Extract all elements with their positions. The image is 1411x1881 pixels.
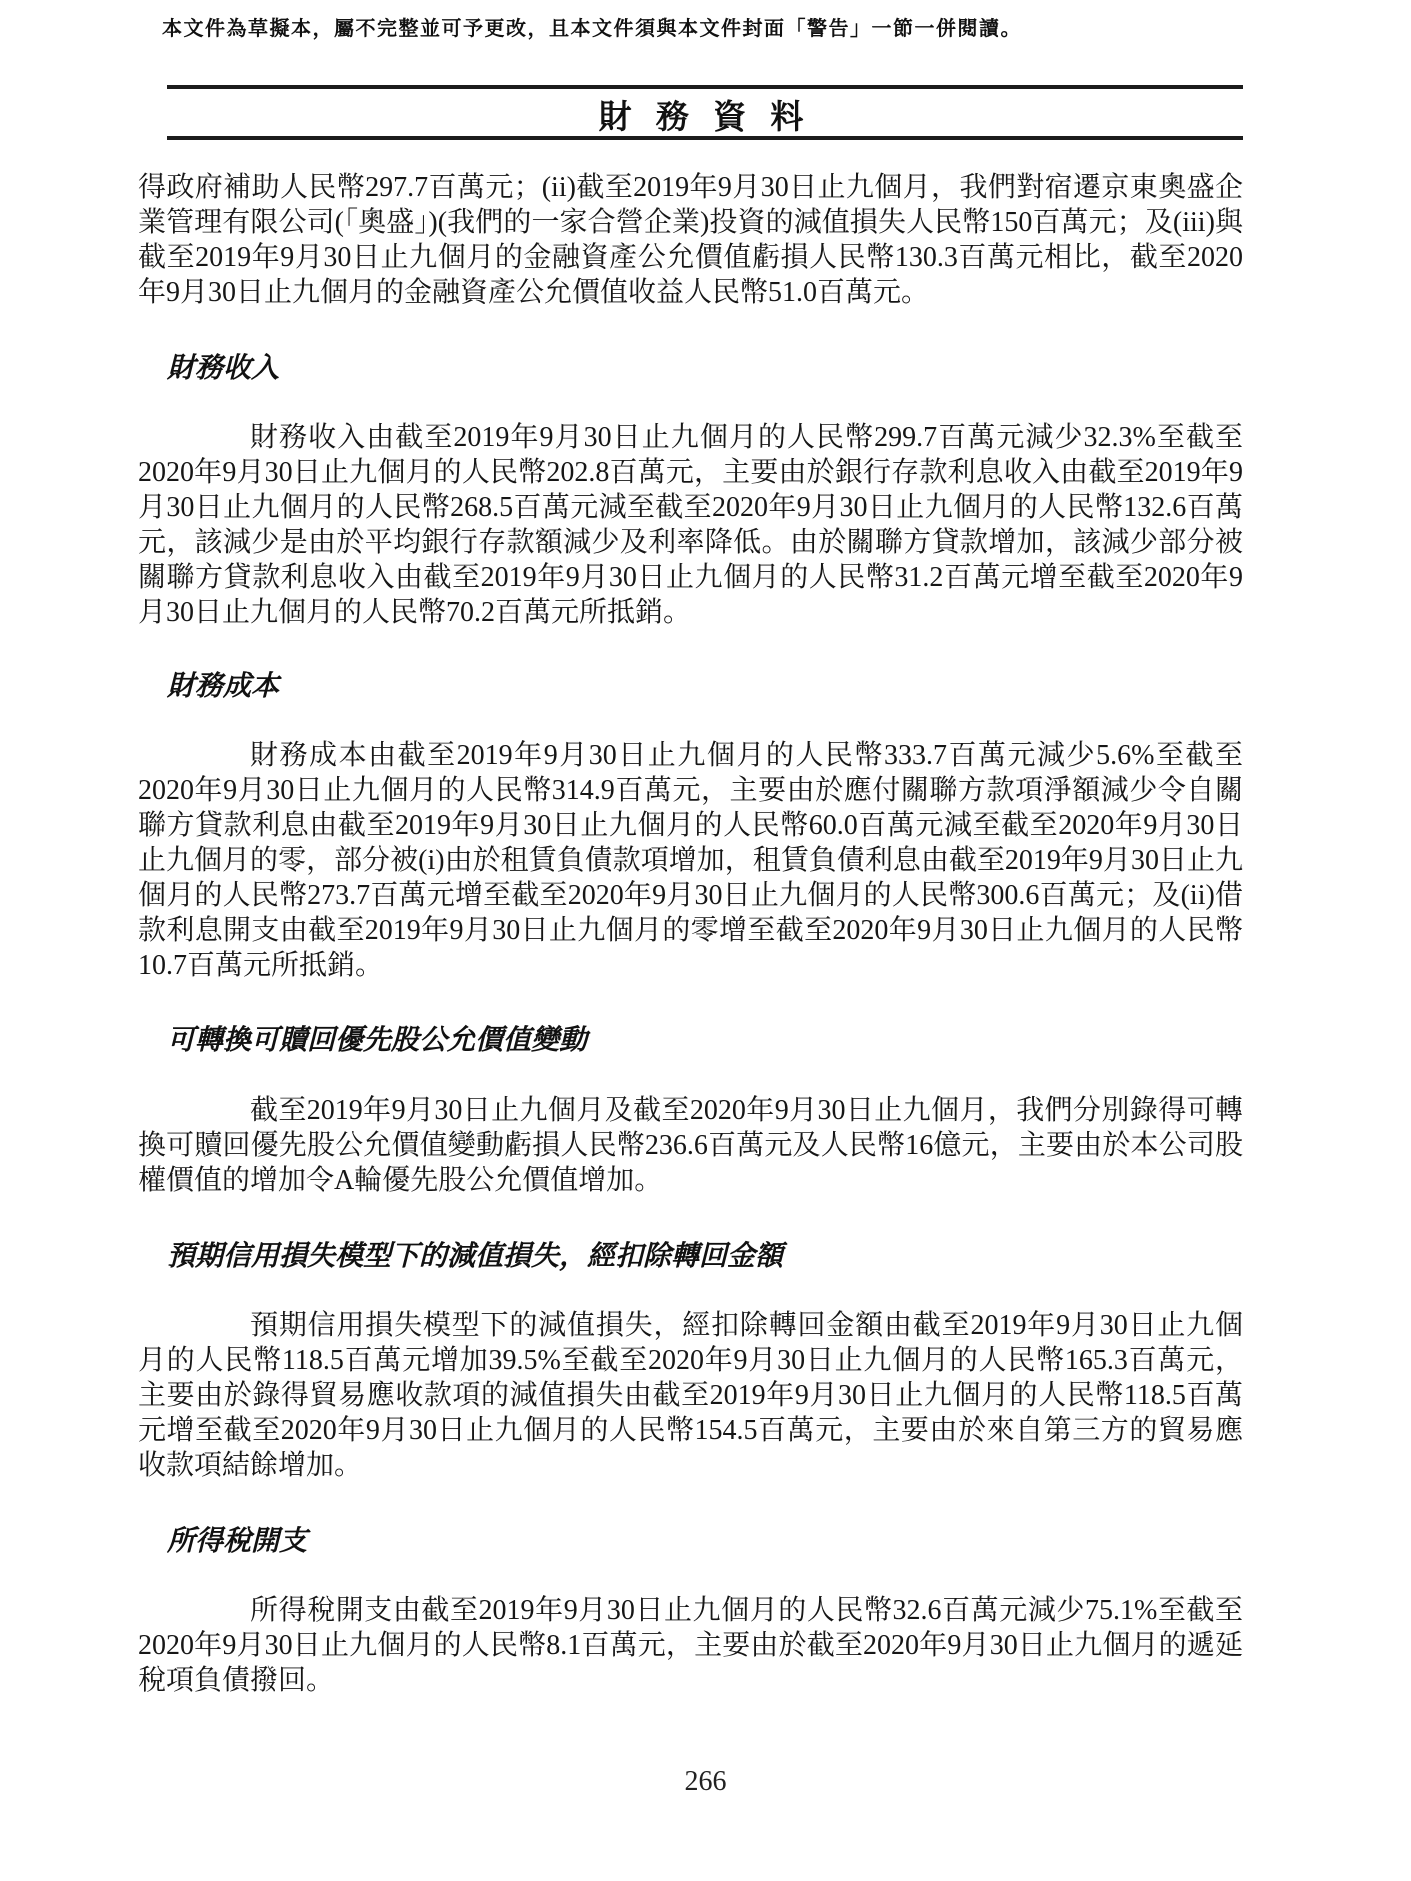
title-rule-top — [167, 85, 1243, 89]
section-heading-expected-credit-loss: 預期信用損失模型下的減值損失，經扣除轉回金額 — [167, 1239, 1243, 1274]
page-title: 財 務 資 料 — [167, 91, 1243, 138]
section-heading-finance-income: 財務收入 — [167, 351, 1243, 386]
section-heading-income-tax-expense: 所得稅開支 — [167, 1524, 1243, 1559]
title-rule-bottom — [167, 136, 1243, 140]
section-heading-finance-costs: 財務成本 — [167, 669, 1243, 704]
paragraph-finance-costs: 財務成本由截至2019年9月30日止九個月的人民幣333.7百萬元減少5.6%至… — [138, 738, 1243, 983]
draft-disclaimer-text: 本文件為草擬本，屬不完整並可予更改，且本文件須與本文件封面「警告」一節一併閱讀。 — [162, 12, 1247, 41]
document-page: 本文件為草擬本，屬不完整並可予更改，且本文件須與本文件封面「警告」一節一併閱讀。… — [0, 0, 1411, 1881]
paragraph-income-tax-expense: 所得稅開支由截至2019年9月30日止九個月的人民幣32.6百萬元減少75.1%… — [138, 1593, 1243, 1698]
paragraph-preferred-shares-fair-value: 截至2019年9月30日止九個月及截至2020年9月30日止九個月，我們分別錄得… — [138, 1093, 1243, 1198]
page-number: 266 — [0, 1766, 1411, 1798]
paragraph-finance-income: 財務收入由截至2019年9月30日止九個月的人民幣299.7百萬元減少32.3%… — [138, 420, 1243, 630]
paragraph-continuation: 得政府補助人民幣297.7百萬元；(ii)截至2019年9月30日止九個月，我們… — [138, 170, 1243, 310]
paragraph-expected-credit-loss: 預期信用損失模型下的減值損失，經扣除轉回金額由截至2019年9月30日止九個月的… — [138, 1308, 1243, 1483]
section-heading-preferred-shares-fair-value: 可轉換可贖回優先股公允價值變動 — [167, 1023, 1243, 1058]
